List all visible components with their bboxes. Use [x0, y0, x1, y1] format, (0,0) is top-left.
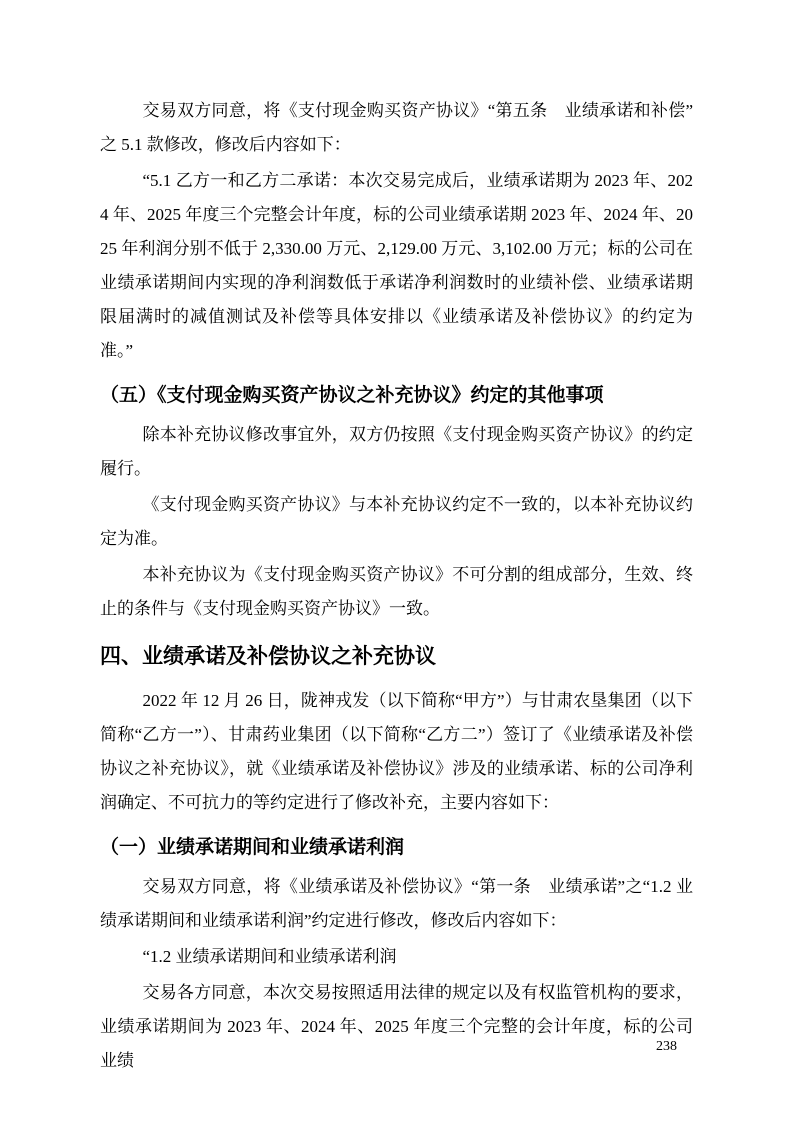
paragraph: 交易双方同意，将《支付现金购买资产协议》“第五条 业绩承诺和补偿”之 5.1 款…	[100, 94, 693, 162]
paragraph: 本补充协议为《支付现金购买资产协议》不可分割的组成部分，生效、终止的条件与《支付…	[100, 558, 693, 626]
document-page: 交易双方同意，将《支付现金购买资产协议》“第五条 业绩承诺和补偿”之 5.1 款…	[0, 0, 793, 1122]
paragraph: “5.1 乙方一和乙方二承诺：本次交易完成后，业绩承诺期为 2023 年、202…	[100, 164, 693, 368]
page-number: 238	[656, 1038, 677, 1056]
subsection-heading: （一）业绩承诺期间和业绩承诺利润	[100, 834, 693, 862]
subsection-heading: （五）《支付现金购买资产协议之补充协议》约定的其他事项	[100, 382, 693, 410]
paragraph: 《支付现金购买资产协议》与本补充协议约定不一致的，以本补充协议约定为准。	[100, 488, 693, 556]
section-heading: 四、业绩承诺及补偿协议之补充协议	[100, 642, 693, 672]
paragraph: 交易双方同意，将《业绩承诺及补偿协议》“第一条 业绩承诺”之“1.2 业绩承诺期…	[100, 870, 693, 938]
paragraph: “1.2 业绩承诺期间和业绩承诺利润	[100, 940, 693, 974]
paragraph: 交易各方同意，本次交易按照适用法律的规定以及有权监管机构的要求，业绩承诺期间为 …	[100, 976, 693, 1078]
paragraph: 除本补充协议修改事宜外，双方仍按照《支付现金购买资产协议》的约定履行。	[100, 418, 693, 486]
paragraph: 2022 年 12 月 26 日，陇神戎发（以下简称“甲方”）与甘肃农垦集团（以…	[100, 684, 693, 820]
